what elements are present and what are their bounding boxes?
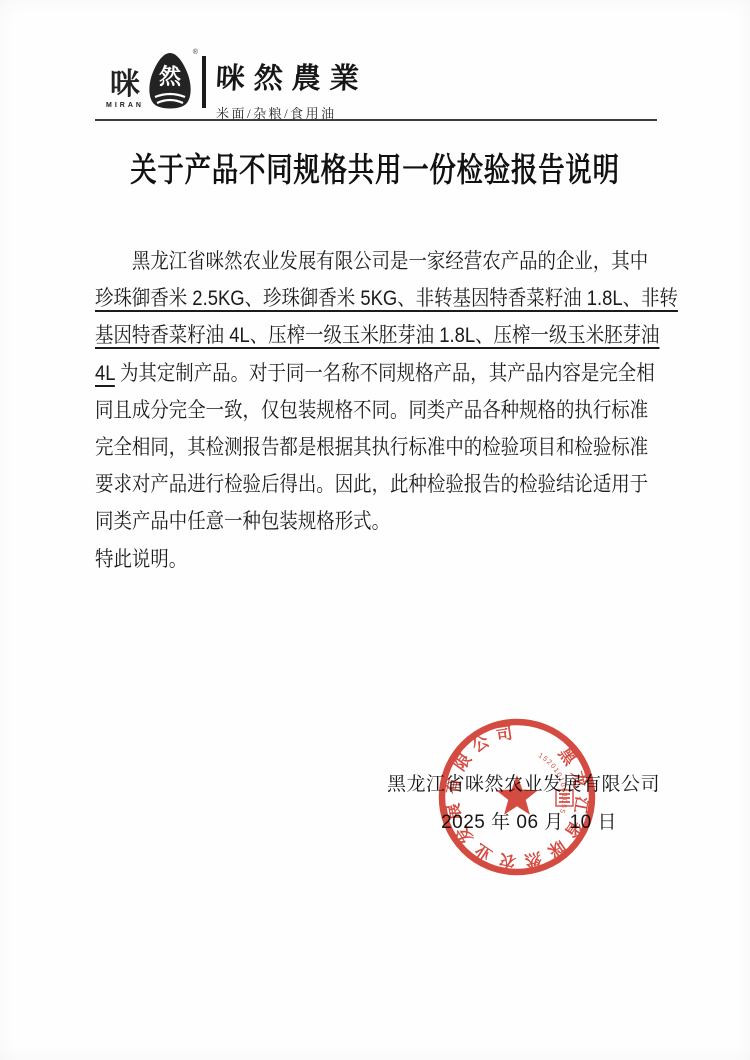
body-line: 4L 为其定制产品。对于同一名称不同规格产品，其产品内容是完全相 — [95, 355, 657, 392]
rice-mascot-icon: 然 — [146, 50, 194, 112]
logo-divider — [202, 56, 206, 108]
logo-wordmark: 咪 MIRAN — [106, 70, 144, 109]
body-segment-underlined: 基因特香菜籽油 4L、压榨一级玉米胚芽油 1.8L、压榨一级玉米胚芽油 — [95, 324, 659, 347]
body-segment: 同且成分完全一致，仅包装规格不同。同类产品各种规格的执行标准 — [95, 399, 648, 422]
body-line: 珍珠御香米 2.5KG、珍珠御香米 5KG、非转基因特香菜籽油 1.8L、非转 — [95, 280, 657, 317]
svg-text:然: 然 — [159, 64, 182, 89]
mascot-icon: 然 ® — [146, 50, 194, 117]
body-line: 基因特香菜籽油 4L、压榨一级玉米胚芽油 1.8L、压榨一级玉米胚芽油 — [95, 317, 657, 354]
document-title: 关于产品不同规格共用一份检验报告说明 — [75, 144, 675, 191]
brand-name: 咪然農業 — [215, 56, 369, 97]
document-page: 咪 MIRAN 然 ® 咪然農業 米面/杂粮/食用油 关于产品不同规格共用一份检… — [0, 0, 750, 1060]
body-segment: 同类产品中任意一种包装规格形式。 — [95, 510, 390, 533]
body-line: 同类产品中任意一种包装规格形式。 — [95, 503, 657, 540]
body-segment-underlined: 珍珠御香米 2.5KG、珍珠御香米 5KG、非转基因特香菜籽油 1.8L、非转 — [95, 287, 678, 310]
body-segment-underlined: 4L — [95, 362, 115, 385]
seal-star-icon — [496, 775, 538, 815]
body-segment: 特此说明。 — [95, 548, 187, 571]
logo-mark-sub: MIRAN — [106, 102, 144, 109]
logo-mark-char: 咪 — [110, 70, 140, 100]
registered-trademark: ® — [193, 49, 198, 56]
body-segment: 完全相同，其检测报告都是根据其执行标准中的检验项目和检验标准 — [95, 436, 648, 459]
body-segment: 要求对产品进行检验后得出。因此，此种检验报告的检验结论适用于 — [95, 473, 648, 496]
body-segment: 黑龙江省咪然农业发展有限公司是一家经营农产品的企业，其中 — [132, 250, 648, 273]
body-segment: 为其定制产品。对于同一名称不同规格产品，其产品内容是完全相 — [115, 362, 655, 385]
body-line: 同且成分完全一致，仅包装规格不同。同类产品各种规格的执行标准 — [95, 392, 657, 429]
body-line: 要求对产品进行检验后得出。因此，此种检验报告的检验结论适用于 — [95, 466, 657, 503]
body-line: 黑龙江省咪然农业发展有限公司是一家经营农产品的企业，其中 — [95, 243, 657, 280]
body-text: 黑龙江省咪然农业发展有限公司是一家经营农产品的企业，其中珍珠御香米 2.5KG、… — [95, 243, 657, 578]
header-rule — [95, 119, 657, 121]
company-seal: 黑龙江省咪然农业发展有限公司 1520101061055 — [427, 707, 607, 887]
body-line: 特此说明。 — [95, 541, 657, 578]
company-logo: 咪 MIRAN 然 ® 咪然農業 米面/杂粮/食用油 — [106, 48, 368, 122]
body-line: 完全相同，其检测报告都是根据其执行标准中的检验项目和检验标准 — [95, 429, 657, 466]
logo-brand-block: 咪然農業 米面/杂粮/食用油 — [216, 56, 368, 122]
